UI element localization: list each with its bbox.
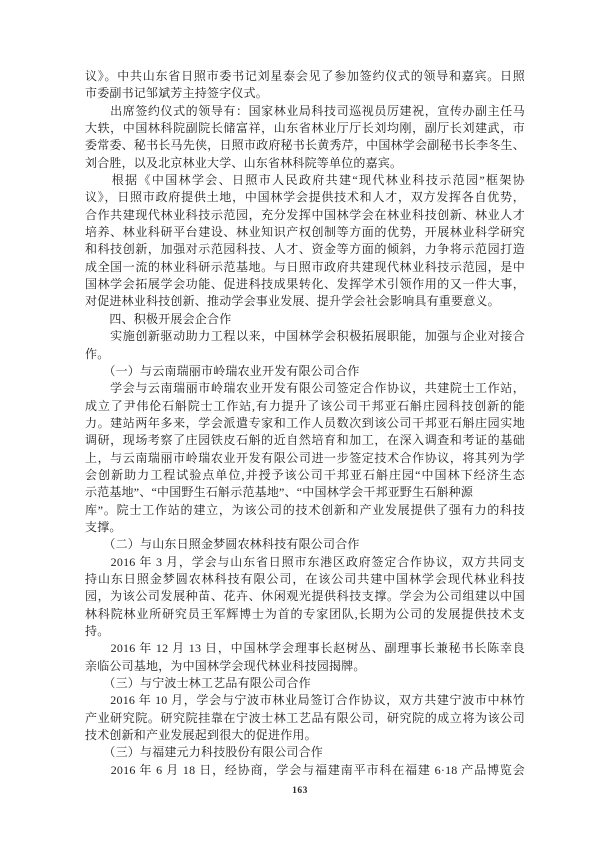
text-line: 出席签约仪式的领导有：国家林业局科技司巡视员厉建祝，宣传办副主任马 — [85, 103, 525, 120]
text-line: 作。 — [85, 346, 525, 363]
text-line: 园，为该公司发展种苗、花卉、休闲观光提供科技支撑。学会为公司组建以中国 — [85, 588, 525, 605]
subsection-heading: （二）与山东日照金梦圆农林科技有限公司合作 — [85, 536, 525, 553]
text-line: 2016 年 3 月，学会与山东省日照市东港区政府签定合作协议，双方共同支 — [85, 554, 525, 571]
text-line: 委常委、秘书长马先侠，日照市政府秘书长黄秀芹，中国林学会副秘书长李冬生、 — [85, 137, 525, 154]
text-line: 市委副书记邹斌芳主持签字仪式。 — [85, 85, 525, 102]
text-line: 调研，现场考察了庄园铁皮石斛的近自然培育和加工，在深入调查和考证的基础 — [85, 432, 525, 449]
text-line: 2016 年 6 月 18 日，经协商，学会与福建南平市科在福建 6·18 产品… — [85, 762, 525, 779]
text-line: 国林学会拓展学会功能、促进科技成果转化、发挥学术引领作用的又一件大事， — [85, 276, 525, 293]
subsection-heading: （一）与云南瑞丽市岭瑞农业开发有限公司合作 — [85, 363, 525, 380]
text-line: 学会与云南瑞丽市岭瑞农业开发有限公司签定合作协议，共建院士工作站， — [85, 380, 525, 397]
text-line: 产业研究院。研究院挂靠在宁波士林工艺品有限公司，研究院的成立将为该公司 — [85, 710, 525, 727]
text-line: 大轶，中国林科院副院长储富祥，山东省林业厅厅长刘均刚，副厅长刘建武，市 — [85, 120, 525, 137]
text-line: 培养、林业科研平台建设、林业知识产权创制等方面的优势，开展林业科学研究 — [85, 224, 525, 241]
text-line: 2016 年 12 月 13 日，中国林学会理事长赵树丛、副理事长兼秘书长陈幸良 — [85, 640, 525, 657]
text-line: 议》。中共山东省日照市委书记刘星泰会见了参加签约仪式的领导和嘉宾。日照 — [85, 68, 525, 85]
text-line: 2016 年 10 月，学会与宁波市林业局签订合作协议，双方共建宁波市中林竹 — [85, 692, 525, 709]
text-line: 技术创新和产业发展起到很大的促进作用。 — [85, 727, 525, 744]
page-number: 163 — [0, 786, 600, 796]
text-line: 林科院林业所研究员王军辉博士为首的专家团队,长期为公司的发展提供技术支 — [85, 606, 525, 623]
subsection-heading: （三）与宁波士林工艺品有限公司合作 — [85, 675, 525, 692]
text-line: 示范基地”、“中国野生石斛示范基地”、“中国林学会干邦亚野生石斛种源 — [85, 484, 525, 501]
section-heading: 四、积极开展会企合作 — [85, 311, 525, 328]
body-text: 议》。中共山东省日照市委书记刘星泰会见了参加签约仪式的领导和嘉宾。日照 市委副书… — [85, 68, 525, 779]
text-line: 合作共建现代林业科技示范园，充分发挥中国林学会在林业科技创新、林业人才 — [85, 207, 525, 224]
subsection-heading: （三）与福建元力科技股份有限公司合作 — [85, 744, 525, 761]
text-line: 库”。院士工作站的建立，为该公司的技术创新和产业发展提供了强有力的科技 — [85, 502, 525, 519]
text-line: 议》，日照市政府提供土地，中国林学会提供技术和人才，双方发挥各自优势， — [85, 189, 525, 206]
text-line: 成立了尹伟伦石斛院士工作站,有力提升了该公司干邦亚石斛庄园科技创新的能 — [85, 398, 525, 415]
text-line: 对促进林业科技创新、推动学会事业发展、提升学会社会影响具有重要意义。 — [85, 293, 525, 310]
text-line: 亲临公司基地，为中国林学会现代林业科技园揭牌。 — [85, 658, 525, 675]
text-line: 刘合胜，以及北京林业大学、山东省林科院等单位的嘉宾。 — [85, 155, 525, 172]
text-line: 支撑。 — [85, 519, 525, 536]
text-line: 实施创新驱动助力工程以来，中国林学会积极拓展职能，加强与企业对接合 — [85, 328, 525, 345]
text-line: 会创新助力工程试验点单位,并授予该公司干邦亚石斛庄园“中国林下经济生态 — [85, 467, 525, 484]
document-page: 议》。中共山东省日照市委书记刘星泰会见了参加签约仪式的领导和嘉宾。日照 市委副书… — [0, 0, 600, 848]
text-line: 成全国一流的林业科研示范基地。与日照市政府共建现代林业科技示范园，是中 — [85, 259, 525, 276]
text-line: 根据《中国林学会、日照市人民政府共建“现代林业科技示范园”框架协 — [85, 172, 525, 189]
text-line: 和科技创新，加强对示范园科技、人才、资金等方面的倾斜，力争将示范园打造 — [85, 241, 525, 258]
text-line: 持。 — [85, 623, 525, 640]
text-line: 持山东日照金梦圆农林科技有限公司，在该公司共建中国林学会现代林业科技 — [85, 571, 525, 588]
text-line: 上，与云南瑞丽市岭瑞农业开发有限公司进一步签定技术合作协议，将其列为学 — [85, 450, 525, 467]
text-line: 力。建站两年多来，学会派遣专家和工作人员数次到该公司干邦亚石斛庄园实地 — [85, 415, 525, 432]
